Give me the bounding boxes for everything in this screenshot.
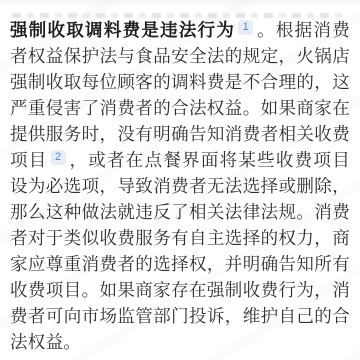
answer-page: 强制收取调料费是违法行为1。根据消费者权益保护法与食品安全法的规定，火锅店强制收…	[0, 0, 360, 360]
citation-badge-1[interactable]: 1	[238, 20, 253, 35]
answer-body-segment-1: 。根据消费者权益保护法与食品安全法的规定，火锅店强制收取每位顾客的调料费是不合理…	[10, 20, 350, 170]
answer-body-segment-2: ，或者在点餐界面将某些收费项目设为必选项，导致消费者无法选择或删除，那么这种做法…	[10, 150, 350, 352]
answer-paragraph: 强制收取调料费是违法行为1。根据消费者权益保护法与食品安全法的规定，火锅店强制收…	[0, 0, 360, 355]
citation-badge-2[interactable]: 2	[51, 150, 66, 165]
answer-lead-bold: 强制收取调料费是违法行为	[10, 20, 235, 40]
